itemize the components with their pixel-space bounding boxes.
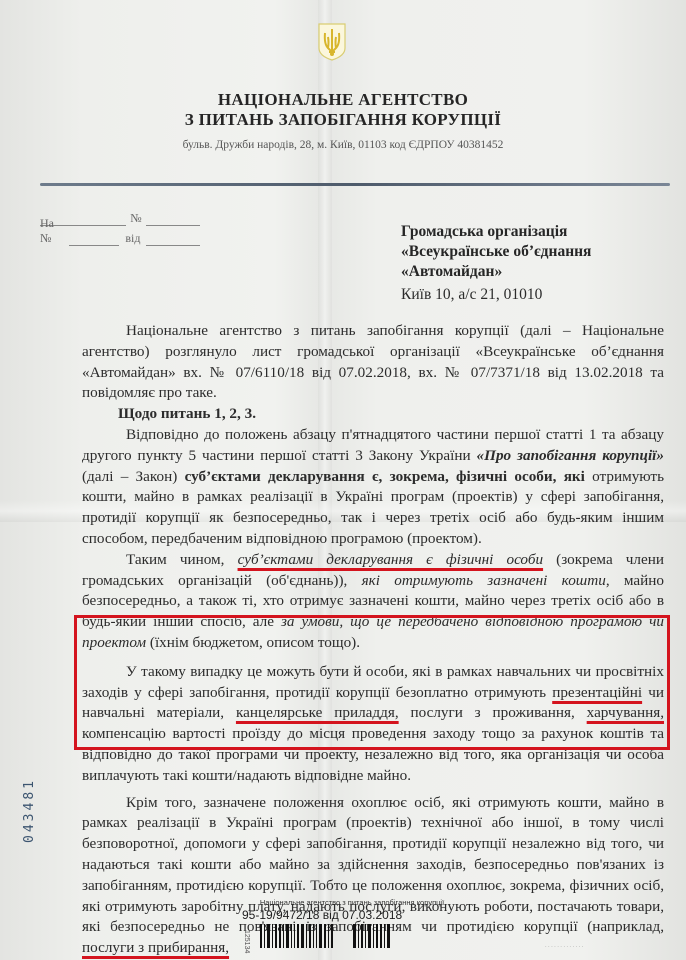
barcode-bar — [267, 924, 270, 948]
highlighted-phrase: послуги з прибирання, — [82, 939, 229, 956]
barcode-bar — [264, 924, 265, 948]
stamp-side-code: 125134 — [243, 930, 250, 953]
barcode-bar — [331, 924, 333, 948]
barcode-bar — [279, 924, 281, 948]
barcode-bar — [376, 924, 378, 948]
reply-to-row: На № від — [40, 226, 200, 246]
highlighted-phrase: харчування, — [587, 704, 664, 721]
letter-body: Національне агентство з питань запобіган… — [82, 321, 664, 959]
barcode-bar — [283, 924, 284, 948]
section-heading: Щодо питань 1, 2, 3. — [82, 404, 664, 425]
barcode-bar — [328, 924, 329, 948]
barcode-bar — [291, 924, 292, 948]
barcode-bar — [384, 924, 385, 948]
barcode-bar — [316, 924, 317, 948]
barcode-bar — [353, 924, 356, 948]
number-blank-line — [146, 211, 200, 226]
paragraph-2: Таким чином, суб’єктами декларування є ф… — [82, 550, 664, 654]
paragraph-1: Відповідно до положень абзацу п'ятнадцят… — [82, 425, 664, 550]
barcode-bar — [361, 924, 363, 948]
reply-number-blank-line — [69, 231, 119, 246]
registration-fields: № На № від — [40, 206, 200, 246]
barcode-bar — [313, 924, 314, 948]
recipient-line1: Громадська організація — [401, 222, 591, 242]
barcode-bar — [358, 924, 359, 948]
stamp-organization: Національне агентство з питань запобіган… — [256, 898, 448, 907]
header-divider — [40, 183, 670, 186]
barcode-bar — [341, 924, 345, 948]
barcode-bar — [260, 924, 262, 948]
barcode-bar — [335, 924, 339, 948]
agency-address: бульв. Дружби народів, 28, м. Київ, 0110… — [0, 139, 686, 151]
agency-title-line2: З ПИТАНЬ ЗАПОБІГАННЯ КОРУПЦІЇ — [0, 110, 686, 130]
recipient-line2: «Всеукраїнське об’єднання — [401, 242, 591, 262]
print-footer-mark: · · · · · · · · · · · · · — [545, 944, 583, 950]
reply-date-blank-line — [146, 231, 200, 246]
barcode-bar — [297, 924, 299, 948]
barcode-bar — [365, 924, 366, 948]
agency-title: НАЦІОНАЛЬНЕ АГЕНТСТВО З ПИТАНЬ ЗАПОБІГАН… — [0, 90, 686, 130]
recipient-address: Київ 10, а/с 21, 01010 — [401, 286, 542, 304]
date-label: від — [125, 231, 140, 246]
barcode-bar — [319, 924, 322, 948]
highlighted-phrase: презентаційні — [552, 684, 642, 701]
recipient-line3: «Автомайдан» — [401, 262, 591, 282]
barcode-bar — [275, 924, 277, 948]
intro-paragraph: Національне агентство з питань запобіган… — [82, 321, 664, 404]
document-serial-number: 043481 — [22, 778, 37, 843]
barcode-bar — [306, 924, 307, 948]
highlighted-phrase: канцелярське приладдя, — [236, 704, 399, 721]
recipient-block: Громадська організація «Всеукраїнське об… — [401, 222, 591, 282]
highlighted-phrase: суб’єктами декларування є фізичні особи — [238, 551, 544, 568]
barcode-bar — [272, 924, 273, 948]
barcode-bar — [380, 924, 382, 948]
reply-to-label: На № — [40, 216, 63, 246]
number-label: № — [130, 211, 141, 226]
trident-coat-of-arms-icon — [317, 22, 347, 62]
barcode-bar — [301, 924, 304, 948]
barcode-bar — [387, 924, 390, 948]
barcode-bar — [294, 924, 295, 948]
barcode-bar — [309, 924, 311, 948]
barcode-bar — [324, 924, 326, 948]
barcode-bar — [286, 924, 289, 948]
agency-title-line1: НАЦІОНАЛЬНЕ АГЕНТСТВО — [0, 90, 686, 110]
barcode — [260, 924, 448, 948]
barcode-bar — [368, 924, 371, 948]
outgoing-number-row: № — [40, 206, 200, 226]
registration-stamp: Національне агентство з питань запобіган… — [238, 898, 448, 948]
barcode-bar — [347, 924, 351, 948]
paragraph-3: У такому випадку це можуть бути й особи,… — [82, 662, 664, 787]
stamp-registration-number: 95-19/9472/18 від 07.03.2018 — [242, 908, 448, 922]
barcode-bar — [373, 924, 374, 948]
